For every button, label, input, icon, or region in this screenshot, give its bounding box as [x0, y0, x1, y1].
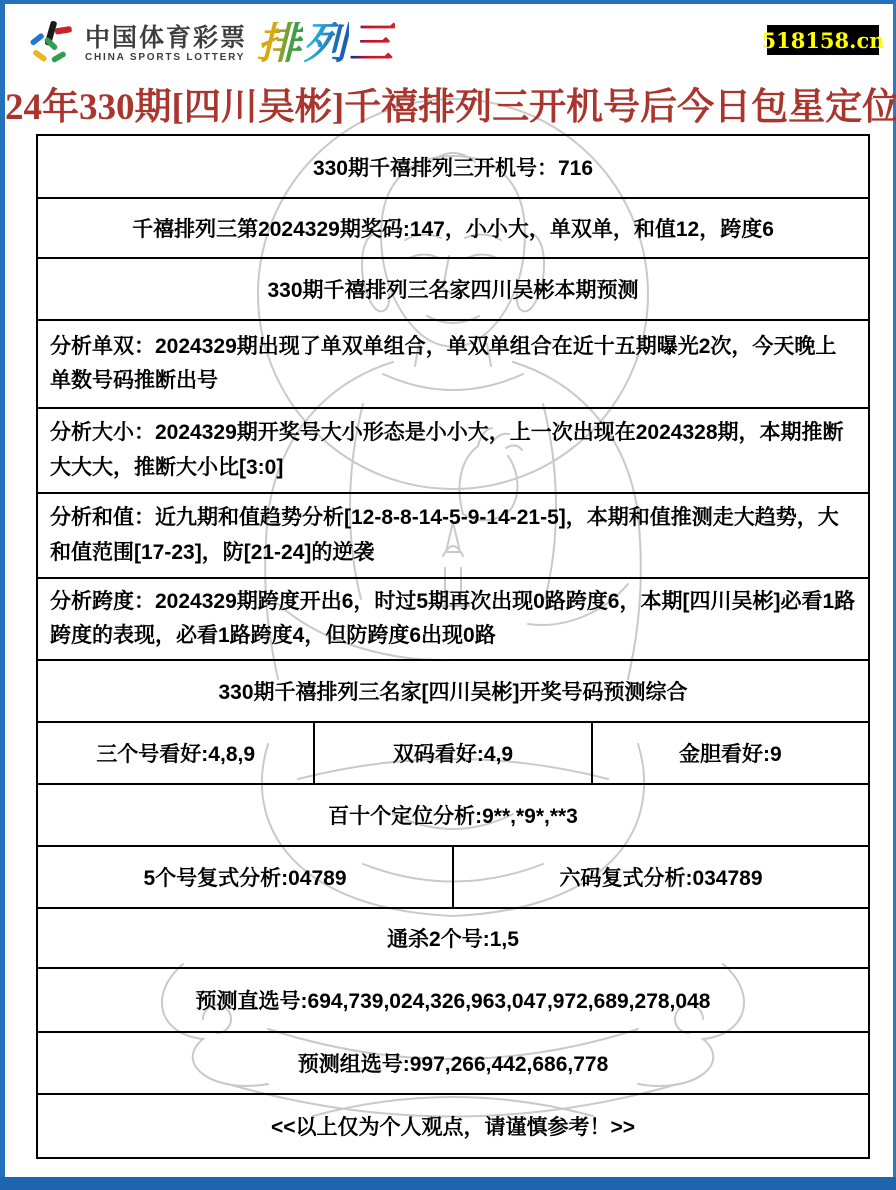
summary-title-text: 330期千禧排列三名家[四川吴彬]开奖号码预测综合	[38, 676, 868, 706]
row-position-analysis: 百十个定位分析:9**,*9*,**3	[38, 785, 868, 847]
three-number-pick: 三个号看好:4,8,9	[38, 723, 313, 783]
row-prev-result: 千禧排列三第2024329期奖码:147，小小大，单双单，和值12，跨度6	[38, 199, 868, 259]
row-zuxuan: 预测组选号:997,266,442,686,778	[38, 1033, 868, 1095]
bottom-border-bar	[0, 1177, 896, 1190]
page-title: 24年330期[四川吴彬]千禧排列三开机号后今日包星定位	[5, 76, 893, 130]
row-analysis-hezhi: 分析和值：近九期和值趋势分析[12-8-8-14-5-9-14-21-5]，本期…	[38, 494, 868, 579]
logo-en-text: CHINA SPORTS LOTTERY	[85, 52, 247, 63]
row-analysis-danshuang: 分析单双：2024329期出现了单双单组合，单双单组合在近十五期曝光2次，今天晚…	[38, 321, 868, 409]
site-watermark-badge: 518158.cn	[767, 25, 879, 55]
logo-cn-text: 中国体育彩票	[85, 25, 247, 51]
analysis-danshuang-text: 分析单双：2024329期出现了单双单组合，单双单组合在近十五期曝光2次，今天晚…	[38, 330, 868, 398]
row-tongsha: 通杀2个号:1,5	[38, 909, 868, 969]
six-number-fushi: 六码复式分析:034789	[452, 847, 868, 907]
sports-lottery-mark-icon	[27, 19, 75, 69]
five-number-fushi: 5个号复式分析:04789	[38, 847, 452, 907]
row-fushi-analysis: 5个号复式分析:04789 六码复式分析:034789	[38, 847, 868, 909]
row-kaijihao: 330期千禧排列三开机号：716	[38, 136, 868, 199]
prediction-table: 330期千禧排列三开机号：716 千禧排列三第2024329期奖码:147，小小…	[36, 134, 870, 1159]
row-number-picks: 三个号看好:4,8,9 双码看好:4,9 金胆看好:9	[38, 723, 868, 785]
analysis-kuadu-text: 分析跨度：2024329期跨度开出6，时过5期再次出现0路跨度6，本期[四川吴彬…	[38, 585, 868, 653]
zuxuan-text: 预测组选号:997,266,442,686,778	[38, 1048, 868, 1078]
zhixuan-text: 预测直选号:694,739,024,326,963,047,972,689,27…	[38, 985, 868, 1015]
kaijihao-text: 330期千禧排列三开机号：716	[38, 152, 868, 182]
analysis-hezhi-text: 分析和值：近九期和值趋势分析[12-8-8-14-5-9-14-21-5]，本期…	[38, 501, 868, 569]
row-analysis-daxiao: 分析大小：2024329期开奖号大小形态是小小大，上一次出现在2024328期，…	[38, 409, 868, 494]
golden-dan-pick: 金胆看好:9	[591, 723, 868, 783]
brand-char-pai: 排	[257, 22, 303, 66]
prev-result-text: 千禧排列三第2024329期奖码:147，小小大，单双单，和值12，跨度6	[38, 213, 868, 243]
brand-pailiesan: 排 列 三	[257, 22, 395, 66]
brand-char-san: 三	[349, 22, 395, 66]
position-analysis-text: 百十个定位分析:9**,*9*,**3	[38, 800, 868, 830]
page-background: 中国体育彩票 CHINA SPORTS LOTTERY 排 列 三 518158…	[0, 0, 896, 1190]
row-zhixuan: 预测直选号:694,739,024,326,963,047,972,689,27…	[38, 969, 868, 1033]
row-summary-title: 330期千禧排列三名家[四川吴彬]开奖号码预测综合	[38, 661, 868, 723]
row-disclaimer: <<以上仅为个人观点，请谨慎参考！>>	[38, 1095, 868, 1157]
forecast-title-text: 330期千禧排列三名家四川吴彬本期预测	[38, 274, 868, 304]
disclaimer-text: <<以上仅为个人观点，请谨慎参考！>>	[38, 1111, 868, 1141]
row-forecast-title: 330期千禧排列三名家四川吴彬本期预测	[38, 259, 868, 321]
china-sports-lottery-logo: 中国体育彩票 CHINA SPORTS LOTTERY 排 列 三	[27, 18, 395, 70]
brand-char-lie: 列	[303, 22, 349, 66]
double-number-pick: 双码看好:4,9	[313, 723, 590, 783]
row-analysis-kuadu: 分析跨度：2024329期跨度开出6，时过5期再次出现0路跨度6，本期[四川吴彬…	[38, 579, 868, 661]
tongsha-text: 通杀2个号:1,5	[38, 923, 868, 953]
analysis-daxiao-text: 分析大小：2024329期开奖号大小形态是小小大，上一次出现在2024328期，…	[38, 416, 868, 484]
